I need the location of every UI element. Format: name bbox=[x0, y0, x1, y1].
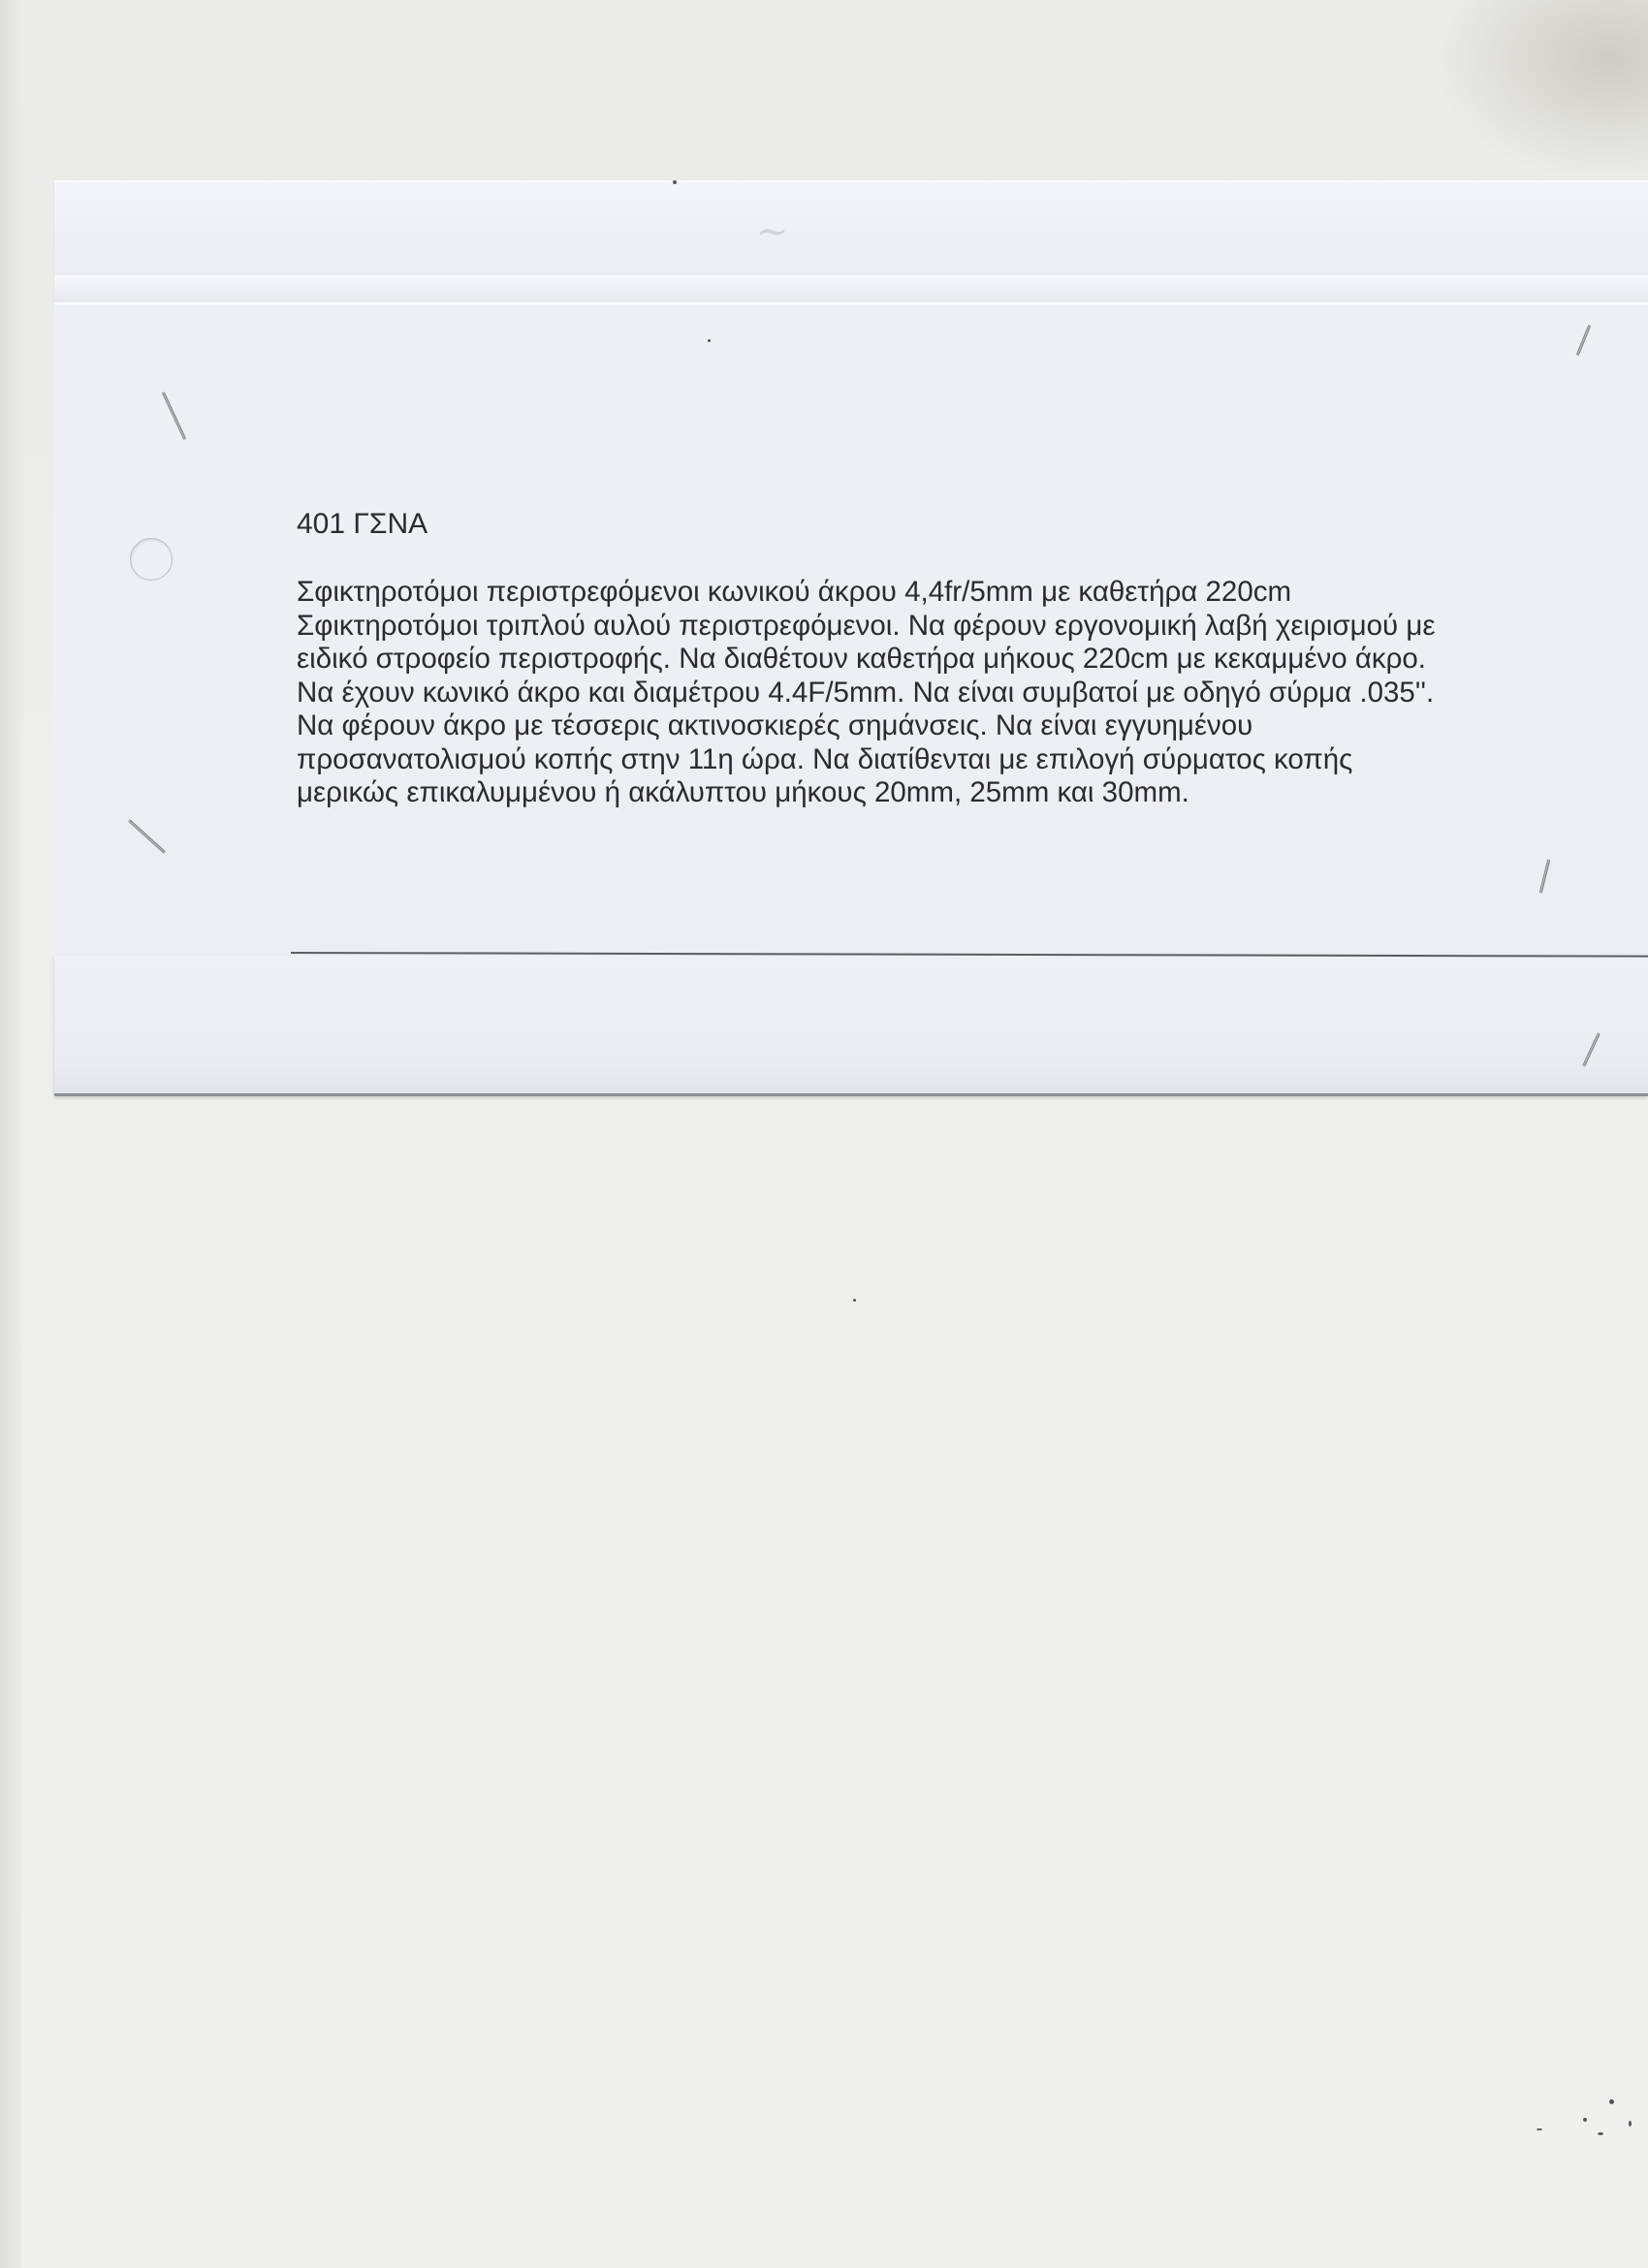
dust-speck bbox=[1598, 2132, 1603, 2135]
dust-speck bbox=[673, 180, 677, 184]
paragraph-summary: Σφικτηροτόμοι περιστρεφόμενοι κωνικού άκ… bbox=[297, 576, 1441, 610]
pencil-annotation: ~ bbox=[756, 209, 789, 254]
dust-speck bbox=[1609, 2099, 1614, 2104]
document-title: 401 ΓΣΝΑ bbox=[297, 508, 428, 541]
punch-hole bbox=[130, 538, 173, 581]
top-strip-cut-edge bbox=[54, 275, 1648, 302]
scan-left-edge bbox=[0, 0, 21, 2268]
dust-speck bbox=[708, 339, 711, 342]
paragraph-specification: Σφικτηροτόμοι τριπλού αυλού περιστρεφόμε… bbox=[297, 610, 1441, 810]
bottom-folded-strip bbox=[54, 956, 1648, 1096]
dust-speck bbox=[1537, 2128, 1542, 2130]
dust-speck bbox=[1583, 2118, 1587, 2122]
cut-off-bottom-line bbox=[297, 942, 1363, 952]
document-body: Σφικτηροτόμοι περιστρεφόμενοι κωνικού άκ… bbox=[297, 576, 1441, 810]
dust-speck bbox=[1629, 2121, 1632, 2126]
dust-speck bbox=[853, 1299, 856, 1302]
